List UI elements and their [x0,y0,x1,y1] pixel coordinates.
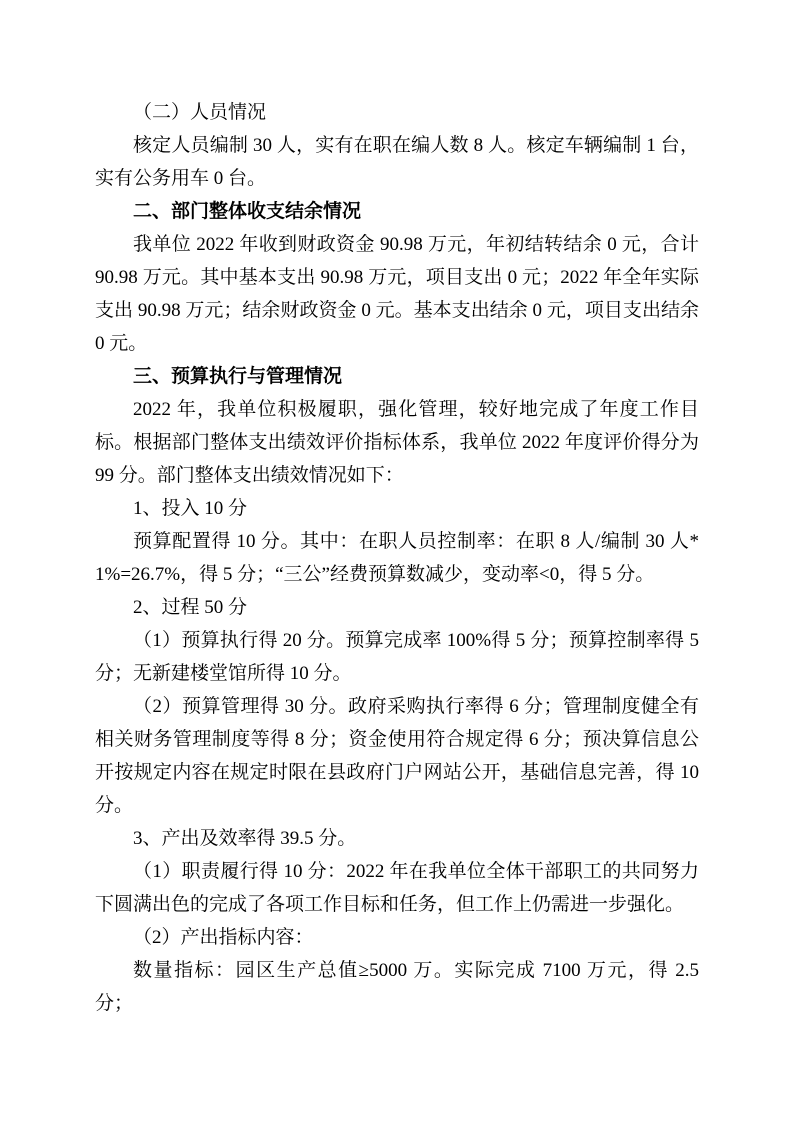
paragraph: 数量指标：园区生产总值≥5000 万。实际完成 7100 万元，得 2.5 分； [95,954,699,1020]
paragraph: 我单位 2022 年收到财政资金 90.98 万元，年初结转结余 0 元，合计 … [95,228,699,360]
document-body: （二）人员情况核定人员编制 30 人，实有在职在编人数 8 人。核定车辆编制 1… [95,96,699,1020]
paragraph: 预算配置得 10 分。其中：在职人员控制率：在职 8 人/编制 30 人*1%=… [95,525,699,591]
section-heading: 二、部门整体收支结余情况 [95,195,699,228]
paragraph: （1）预算执行得 20 分。预算完成率 100%得 5 分；预算控制率得 5 分… [95,624,699,690]
paragraph: 2、过程 50 分 [95,591,699,624]
paragraph: 3、产出及效率得 39.5 分。 [95,822,699,855]
paragraph: （二）人员情况 [95,96,699,129]
section-heading: 三、预算执行与管理情况 [95,360,699,393]
paragraph: （2）产出指标内容： [95,921,699,954]
paragraph: （2）预算管理得 30 分。政府采购执行率得 6 分；管理制度健全有相关财务管理… [95,690,699,822]
paragraph: （1）职责履行得 10 分：2022 年在我单位全体干部职工的共同努力下圆满出色… [95,855,699,921]
document-page: （二）人员情况核定人员编制 30 人，实有在职在编人数 8 人。核定车辆编制 1… [0,0,793,1122]
paragraph: 1、投入 10 分 [95,492,699,525]
paragraph: 核定人员编制 30 人，实有在职在编人数 8 人。核定车辆编制 1 台，实有公务… [95,129,699,195]
paragraph: 2022 年，我单位积极履职，强化管理，较好地完成了年度工作目标。根据部门整体支… [95,393,699,492]
